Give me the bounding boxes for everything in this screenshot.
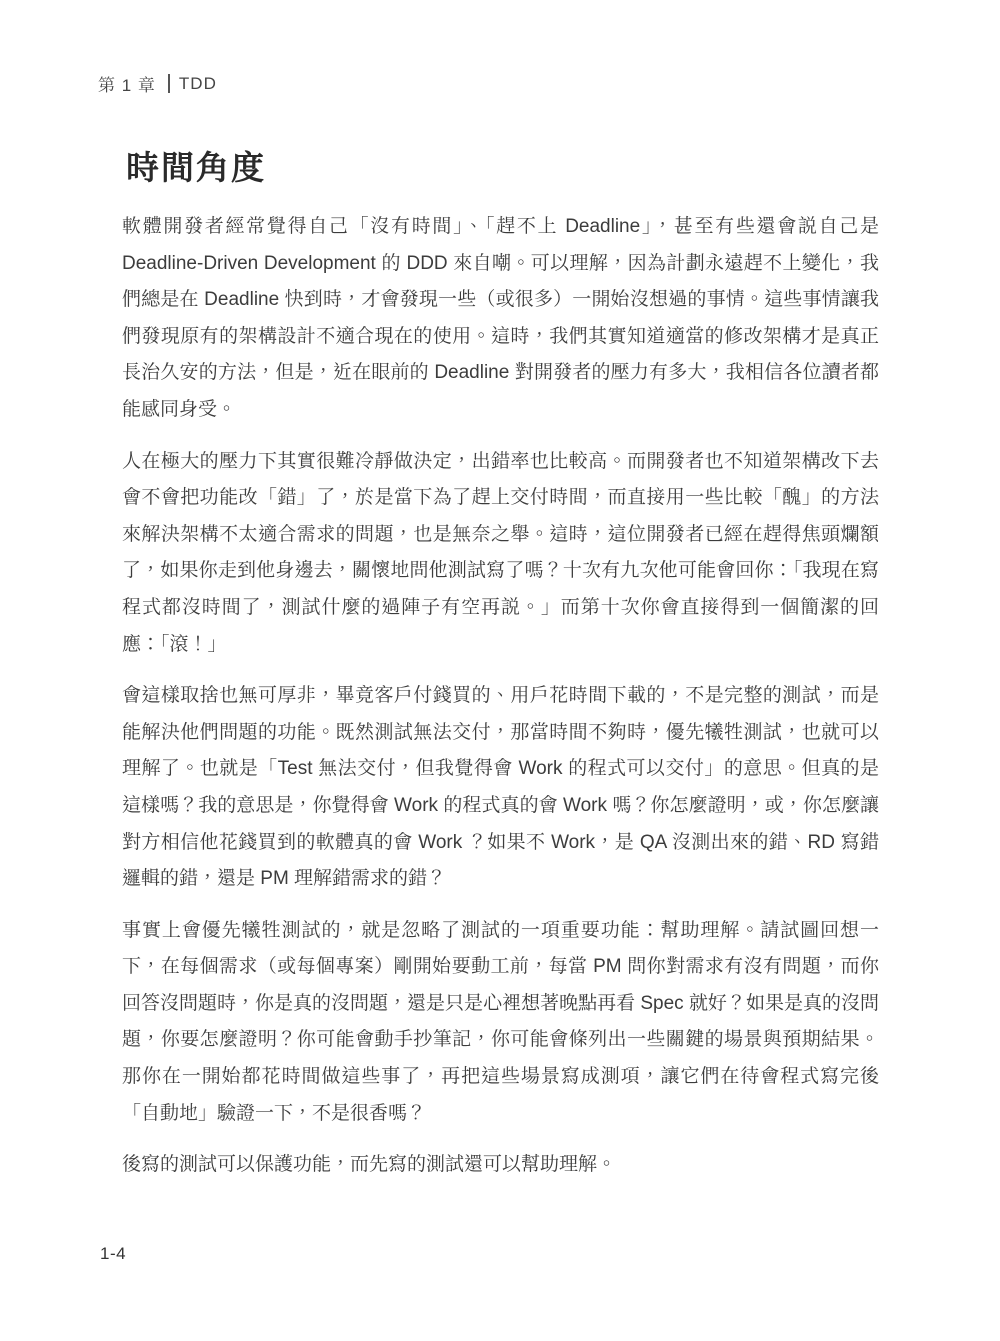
body-text: 軟體開發者經常覺得自己「沒有時間」、「趕不上 Deadline」，甚至有些還會説… <box>122 209 879 1184</box>
book-page: 第 1 章 TDD 時間角度 軟體開發者經常覺得自己「沒有時間」、「趕不上 De… <box>0 0 1000 1341</box>
running-header: 第 1 章 TDD <box>98 71 217 96</box>
paragraph-5: 後寫的測試可以保護功能，而先寫的測試還可以幫助理解。 <box>122 1147 879 1184</box>
header-divider <box>168 74 170 93</box>
book-title: TDD <box>179 74 217 94</box>
chapter-label: 第 1 章 <box>98 71 156 96</box>
section-title: 時間角度 <box>126 147 266 188</box>
page-number: 1-4 <box>100 1244 126 1264</box>
paragraph-4: 事實上會優先犧牲測試的，就是忽略了測試的一項重要功能：幫助理解。請試圖回想一下，… <box>122 913 879 1133</box>
paragraph-1: 軟體開發者經常覺得自己「沒有時間」、「趕不上 Deadline」，甚至有些還會説… <box>122 209 879 429</box>
paragraph-3: 會這樣取捨也無可厚非，畢竟客戶付錢買的、用戶花時間下載的，不是完整的測試，而是能… <box>122 678 879 898</box>
paragraph-2: 人在極大的壓力下其實很難冷靜做決定，出錯率也比較高。而開發者也不知道架構改下去會… <box>122 444 879 664</box>
